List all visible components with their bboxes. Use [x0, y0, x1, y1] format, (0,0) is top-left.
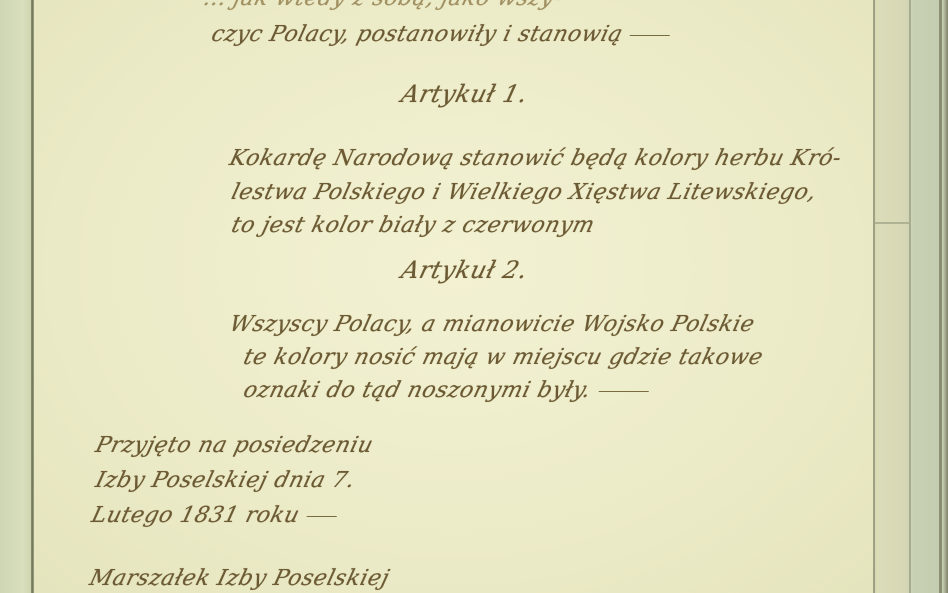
page-edge-notch: [875, 222, 909, 224]
article-2-line-2: te kolory nosić mają w miejscu gdzie tak…: [241, 345, 766, 370]
line-end-dash: [630, 35, 670, 36]
preamble-partial-line: ... jak wtedy z sobą, jako wszy-: [201, 0, 565, 11]
attestation-line-2: Izby Poselskiej dnia 7.: [93, 468, 358, 493]
article-1-line-1: Kokardę Narodową stanowić będą kolory he…: [227, 146, 844, 171]
preamble-line: czyc Polacy, postanowiły i stanowią: [209, 22, 674, 47]
article-1-line-2: lestwa Polskiego i Wielkiego Xięstwa Lit…: [229, 180, 819, 205]
preamble-text: czyc Polacy, postanowiły i stanowią: [209, 22, 626, 47]
article-1-heading: Artykuł 1.: [399, 80, 531, 108]
page-edge-line: [909, 0, 911, 593]
signature-line: Marszałek Izby Poselskiej: [87, 566, 392, 591]
binding-margin: [0, 0, 33, 593]
line-end-dash: [307, 516, 337, 517]
page-edge-line: [939, 0, 942, 593]
manuscript-page: ... jak wtedy z sobą, jako wszy- czyc Po…: [34, 0, 874, 593]
article-1-line-3: to jest kolor biały z czerwonym: [229, 213, 598, 238]
attestation-line-3-text: Lutego 1831 roku: [89, 503, 302, 528]
article-2-line-3-text: oznaki do tąd noszonymi były.: [241, 378, 594, 403]
line-end-dash: [598, 391, 648, 392]
attestation-line-1: Przyjęto na posiedzeniu: [93, 433, 376, 458]
article-2-line-1: Wszyscy Polacy, a mianowicie Wojsko Pols…: [227, 312, 758, 337]
attestation-line-3: Lutego 1831 roku: [89, 503, 340, 528]
page-edges: [873, 0, 948, 593]
article-2-heading: Artykuł 2.: [399, 256, 531, 284]
article-2-line-3: oznaki do tąd noszonymi były.: [241, 378, 652, 403]
page-edge-line: [873, 0, 875, 593]
